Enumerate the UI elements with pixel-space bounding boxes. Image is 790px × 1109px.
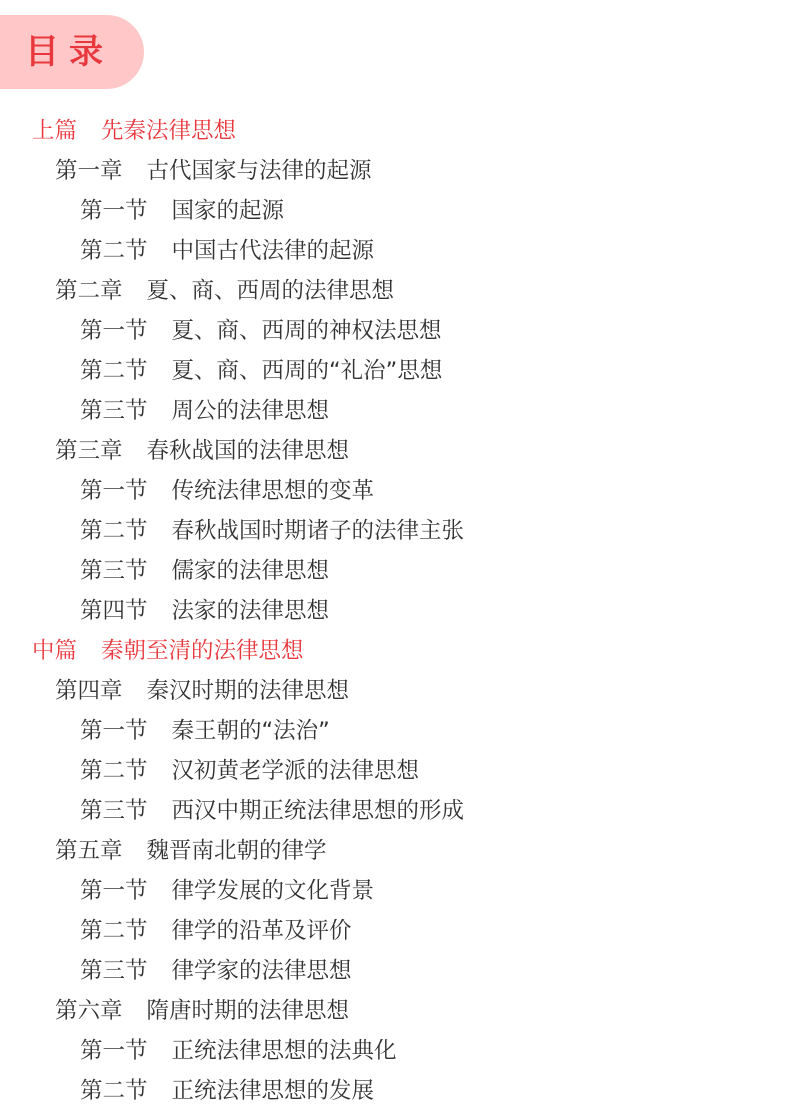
toc-entry-number: 第一节	[80, 711, 148, 751]
toc-section-entry[interactable]: 第三节律学家的法律思想	[0, 951, 790, 991]
table-of-contents: 上篇先秦法律思想第一章古代国家与法律的起源第一节国家的起源第二节中国古代法律的起…	[0, 111, 790, 1109]
toc-entry-number: 第二节	[80, 231, 148, 271]
toc-entry-title: 律学发展的文化背景	[172, 871, 375, 911]
toc-entry-title: 西汉中期正统法律思想的形成	[172, 791, 465, 831]
toc-entry-title: 先秦法律思想	[101, 111, 236, 151]
toc-entry-title: 国家的起源	[172, 191, 285, 231]
toc-chapter-entry[interactable]: 第四章秦汉时期的法律思想	[0, 671, 790, 711]
toc-entry-number: 第一节	[80, 191, 148, 231]
toc-entry-title: 汉初黄老学派的法律思想	[172, 751, 420, 791]
toc-section-entry[interactable]: 第二节律学的沿革及评价	[0, 911, 790, 951]
toc-part-entry[interactable]: 中篇秦朝至清的法律思想	[0, 631, 790, 671]
toc-section-entry[interactable]: 第一节秦王朝的“法治”	[0, 711, 790, 751]
toc-entry-number: 第一节	[80, 1031, 148, 1071]
toc-header-banner: 目录	[0, 15, 144, 89]
toc-entry-title: 周公的法律思想	[172, 391, 330, 431]
toc-entry-title: 正统法律思想的法典化	[172, 1031, 397, 1071]
toc-entry-number: 第一节	[80, 871, 148, 911]
toc-entry-number: 上篇	[32, 111, 77, 151]
toc-entry-number: 第三节	[80, 951, 148, 991]
toc-entry-title: 春秋战国的法律思想	[147, 431, 350, 471]
toc-entry-number: 第三节	[80, 551, 148, 591]
toc-entry-title: 秦王朝的“法治”	[172, 711, 330, 751]
toc-section-entry[interactable]: 第一节律学发展的文化背景	[0, 871, 790, 911]
toc-entry-title: 正统法律思想的发展	[172, 1071, 375, 1109]
toc-section-entry[interactable]: 第一节国家的起源	[0, 191, 790, 231]
toc-section-entry[interactable]: 第一节传统法律思想的变革	[0, 471, 790, 511]
toc-entry-number: 第一节	[80, 471, 148, 511]
toc-entry-number: 第二节	[80, 751, 148, 791]
toc-entry-number: 第一章	[55, 151, 123, 191]
toc-chapter-entry[interactable]: 第六章隋唐时期的法律思想	[0, 991, 790, 1031]
toc-chapter-entry[interactable]: 第五章魏晋南北朝的律学	[0, 831, 790, 871]
toc-entry-title: 律学的沿革及评价	[172, 911, 352, 951]
toc-entry-number: 第二节	[80, 351, 148, 391]
toc-section-entry[interactable]: 第三节周公的法律思想	[0, 391, 790, 431]
toc-entry-number: 第二节	[80, 511, 148, 551]
toc-section-entry[interactable]: 第三节儒家的法律思想	[0, 551, 790, 591]
toc-entry-title: 秦朝至清的法律思想	[101, 631, 304, 671]
toc-entry-number: 第六章	[55, 991, 123, 1031]
toc-section-entry[interactable]: 第二节正统法律思想的发展	[0, 1071, 790, 1109]
toc-entry-number: 第二节	[80, 911, 148, 951]
toc-entry-number: 第二节	[80, 1071, 148, 1109]
toc-entry-title: 中国古代法律的起源	[172, 231, 375, 271]
toc-entry-number: 第二章	[55, 271, 123, 311]
toc-entry-number: 第四章	[55, 671, 123, 711]
toc-section-entry[interactable]: 第四节法家的法律思想	[0, 591, 790, 631]
toc-entry-number: 中篇	[32, 631, 77, 671]
toc-chapter-entry[interactable]: 第一章古代国家与法律的起源	[0, 151, 790, 191]
toc-section-entry[interactable]: 第一节夏、商、西周的神权法思想	[0, 311, 790, 351]
toc-section-entry[interactable]: 第一节正统法律思想的法典化	[0, 1031, 790, 1071]
toc-entry-title: 春秋战国时期诸子的法律主张	[172, 511, 465, 551]
toc-entry-title: 律学家的法律思想	[172, 951, 352, 991]
toc-entry-number: 第三节	[80, 391, 148, 431]
toc-entry-title: 法家的法律思想	[172, 591, 330, 631]
toc-section-entry[interactable]: 第二节春秋战国时期诸子的法律主张	[0, 511, 790, 551]
toc-entry-number: 第三章	[55, 431, 123, 471]
toc-part-entry[interactable]: 上篇先秦法律思想	[0, 111, 790, 151]
toc-entry-title: 儒家的法律思想	[172, 551, 330, 591]
toc-entry-title: 秦汉时期的法律思想	[147, 671, 350, 711]
toc-section-entry[interactable]: 第二节汉初黄老学派的法律思想	[0, 751, 790, 791]
toc-section-entry[interactable]: 第二节中国古代法律的起源	[0, 231, 790, 271]
toc-entry-number: 第四节	[80, 591, 148, 631]
toc-entry-title: 隋唐时期的法律思想	[147, 991, 350, 1031]
toc-entry-number: 第一节	[80, 311, 148, 351]
toc-entry-title: 传统法律思想的变革	[172, 471, 375, 511]
toc-entry-title: 魏晋南北朝的律学	[147, 831, 327, 871]
toc-entry-number: 第三节	[80, 791, 148, 831]
toc-entry-title: 夏、商、西周的法律思想	[147, 271, 395, 311]
toc-entry-title: 夏、商、西周的“礼治”思想	[172, 351, 443, 391]
toc-entry-title: 夏、商、西周的神权法思想	[172, 311, 442, 351]
toc-entry-title: 古代国家与法律的起源	[147, 151, 372, 191]
toc-section-entry[interactable]: 第二节夏、商、西周的“礼治”思想	[0, 351, 790, 391]
toc-entry-number: 第五章	[55, 831, 123, 871]
toc-chapter-entry[interactable]: 第三章春秋战国的法律思想	[0, 431, 790, 471]
toc-chapter-entry[interactable]: 第二章夏、商、西周的法律思想	[0, 271, 790, 311]
toc-section-entry[interactable]: 第三节西汉中期正统法律思想的形成	[0, 791, 790, 831]
toc-title: 目录	[25, 35, 113, 69]
